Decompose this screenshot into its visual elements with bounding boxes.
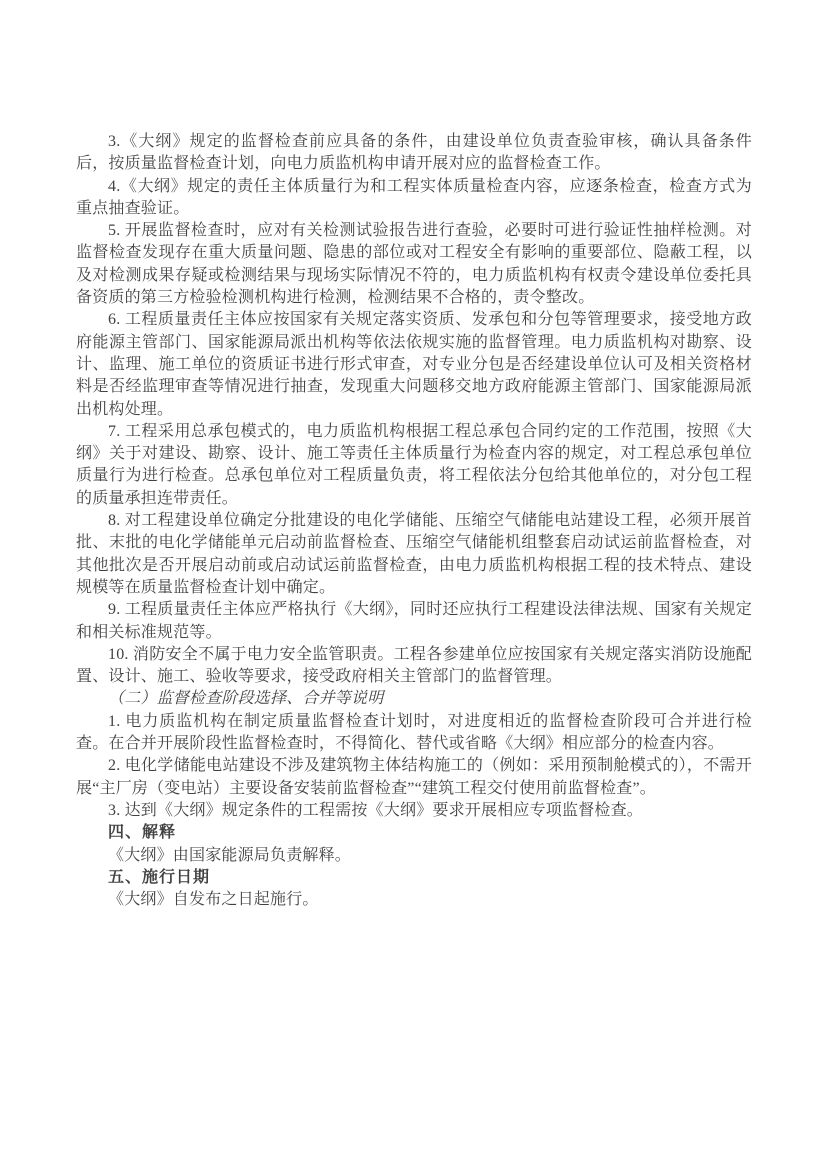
paragraph-item-7: 7. 工程采用总承包模式的，电力质监机构根据工程总承包合同约定的工作范围，按照《… bbox=[76, 421, 752, 510]
paragraph-explanation: 《大纲》由国家能源局负责解释。 bbox=[76, 845, 752, 867]
section-heading-effective-date: 五、施行日期 bbox=[76, 867, 752, 889]
document-page: 3.《大纲》规定的监督检查前应具备的条件，由建设单位负责查验审核，确认具备条件后… bbox=[0, 0, 827, 1170]
section-heading-explanation: 四、解释 bbox=[76, 822, 752, 844]
paragraph-stage-3: 3. 达到《大纲》规定条件的工程需按《大纲》要求开展相应专项监督检查。 bbox=[76, 800, 752, 822]
paragraph-item-3: 3.《大纲》规定的监督检查前应具备的条件，由建设单位负责查验审核，确认具备条件后… bbox=[76, 131, 752, 176]
paragraph-stage-2: 2. 电化学储能电站建设不涉及建筑物主体结构施工的（例如：采用预制舱模式的），不… bbox=[76, 755, 752, 800]
paragraph-item-10: 10. 消防安全不属于电力安全监管职责。工程各参建单位应按国家有关规定落实消防设… bbox=[76, 644, 752, 689]
paragraph-effective-date: 《大纲》自发布之日起施行。 bbox=[76, 889, 752, 911]
paragraph-item-6: 6. 工程质量责任主体应按国家有关规定落实资质、发承包和分包等管理要求，接受地方… bbox=[76, 309, 752, 420]
paragraph-item-9: 9. 工程质量责任主体应严格执行《大纲》，同时还应执行工程建设法律法规、国家有关… bbox=[76, 599, 752, 644]
paragraph-stage-1: 1. 电力质监机构在制定质量监督检查计划时，对进度相近的监督检查阶段可合并进行检… bbox=[76, 711, 752, 756]
subsection-heading-2: （二）监督检查阶段选择、合并等说明 bbox=[76, 688, 752, 710]
paragraph-item-8: 8. 对工程建设单位确定分批建设的电化学储能、压缩空气储能电站建设工程，必须开展… bbox=[76, 510, 752, 599]
paragraph-item-4: 4.《大纲》规定的责任主体质量行为和工程实体质量检查内容，应逐条检查，检查方式为… bbox=[76, 176, 752, 221]
document-body: 3.《大纲》规定的监督检查前应具备的条件，由建设单位负责查验审核，确认具备条件后… bbox=[76, 131, 752, 911]
paragraph-item-5: 5. 开展监督检查时，应对有关检测试验报告进行查验，必要时可进行验证性抽样检测。… bbox=[76, 220, 752, 309]
